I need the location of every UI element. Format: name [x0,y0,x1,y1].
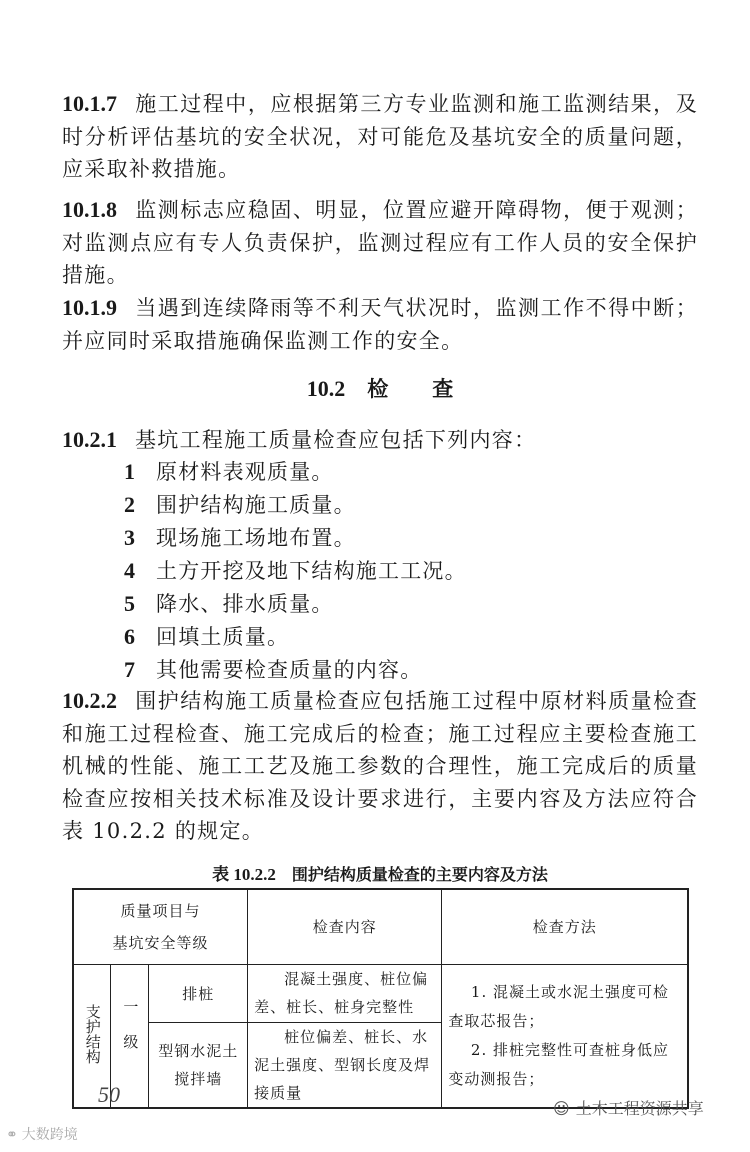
content-cell: 桩位偏差、桩长、水泥土强度、型钢长度及焊接质量 [248,1022,442,1108]
clause-text: 监测标志应稳固、明显，位置应避开障碍物，便于观测；对监测点应有专人负责保护，监测… [62,198,698,287]
clause-number: 10.2.1 [62,427,117,452]
clause-number: 10.1.7 [62,91,117,116]
header-content: 检查内容 [248,889,442,964]
watermark-logo: ⚭大数跨境 [6,1124,78,1144]
clause-10-2-2: 10.2.2围护结构施工质量检查应包括施工过程中原材料质量检查和施工过程检查、施… [62,685,698,848]
clause-10-2-1: 10.2.1基坑工程施工质量检查应包括下列内容： [62,424,698,457]
clause-10-1-8: 10.1.8监测标志应稳固、明显，位置应避开障碍物，便于观测；对监测点应有专人负… [62,194,698,292]
clause-text: 围护结构施工质量检查应包括施工过程中原材料质量检查和施工过程检查、施工完成后的检… [62,689,698,843]
list-item: 5降水、排水质量。 [124,588,334,618]
section-number: 10.2 [307,376,346,401]
list-item: 3现场施工场地布置。 [124,522,356,552]
list-item: 2围护结构施工质量。 [124,489,356,519]
clause-number: 10.1.8 [62,197,117,222]
clause-10-1-9: 10.1.9当遇到连续降雨等不利天气状况时，监测工作不得中断；并应同时采取措施确… [62,292,698,357]
list-item: 6回填土质量。 [124,621,289,651]
wechat-icon: ☺ [553,1099,570,1118]
watermark-wechat: ☺土木工程资源共享 [553,1096,704,1119]
type-cell: 型钢水泥土搅拌墙 [149,1022,248,1108]
table-row: 支护结构 一级 排桩 混凝土强度、桩位偏差、桩长、桩身完整性 1. 混凝土或水泥… [73,964,688,1022]
list-item: 7其他需要检查质量的内容。 [124,654,422,684]
list-item: 1原材料表观质量。 [124,456,334,486]
page-number: 50 [98,1082,120,1108]
clause-text: 基坑工程施工质量检查应包括下列内容： [135,428,536,452]
clause-10-1-7: 10.1.7施工过程中，应根据第三方专业监测和施工监测结果，及时分析评估基坑的安… [62,88,698,186]
logo-icon: ⚭ [6,1127,18,1143]
table-header-row: 质量项目与 基坑安全等级 检查内容 检查方法 [73,889,688,964]
table-caption: 表 10.2.2围护结构质量检查的主要内容及方法 [62,860,698,885]
section-title-2: 查 [432,376,453,401]
inspection-table: 质量项目与 基坑安全等级 检查内容 检查方法 支护结构 一级 排桩 混凝土强度、… [72,888,689,1109]
table-title: 围护结构质量检查的主要内容及方法 [292,865,548,884]
content-cell: 混凝土强度、桩位偏差、桩长、桩身完整性 [248,964,442,1022]
type-cell: 排桩 [149,964,248,1022]
clause-text: 当遇到连续降雨等不利天气状况时，监测工作不得中断；并应同时采取措施确保监测工作的… [62,296,698,353]
list-item: 4土方开挖及地下结构施工工况。 [124,555,467,585]
header-quality-item: 质量项目与 基坑安全等级 [73,889,248,964]
clause-number: 10.2.2 [62,688,117,713]
table-number: 表 10.2.2 [212,865,276,884]
header-method: 检查方法 [442,889,688,964]
clause-number: 10.1.9 [62,295,117,320]
clause-text: 施工过程中，应根据第三方专业监测和施工监测结果，及时分析评估基坑的安全状况，对可… [62,92,698,181]
section-title-1: 检 [367,376,388,401]
method-cell: 1. 混凝土或水泥土强度可检查取芯报告； 2. 排桩完整性可查桩身低应变动测报告… [442,964,688,1108]
section-heading: 10.2检查 [62,373,698,403]
